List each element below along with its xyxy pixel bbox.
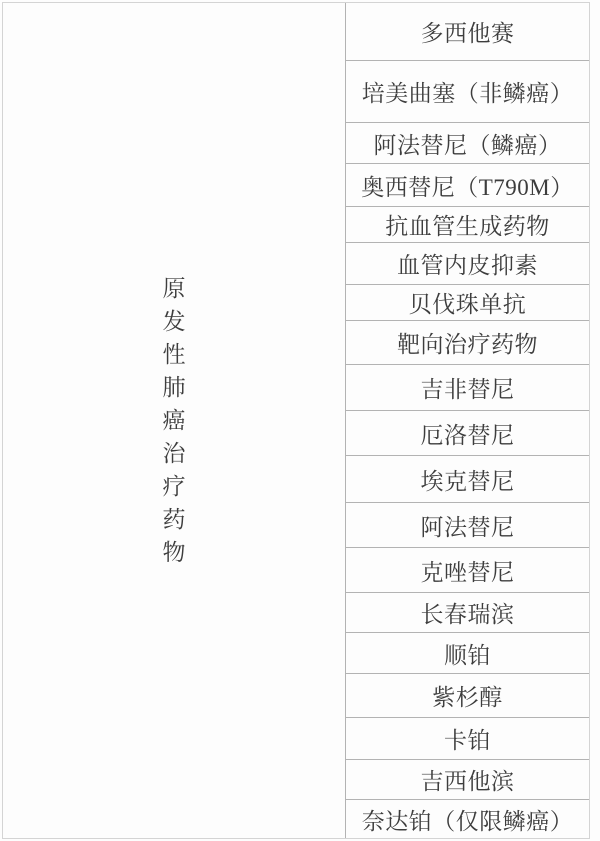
- drug-name: 阿法替尼: [421, 509, 515, 542]
- drug-name: 阿法替尼（鳞癌）: [374, 127, 562, 160]
- table-row: 顺铂: [346, 633, 589, 674]
- table-row: 培美曲塞（非鳞癌）: [346, 61, 589, 123]
- drug-name: 顺铂: [444, 637, 491, 670]
- drug-name: 培美曲塞（非鳞癌）: [362, 75, 574, 108]
- drug-table: 原发性肺癌治疗药物 多西他赛 培美曲塞（非鳞癌） 阿法替尼（鳞癌） 奥西替尼（T…: [2, 2, 590, 839]
- drug-name: 紫杉醇: [432, 679, 503, 712]
- drug-name: 奥西替尼（T790M）: [361, 169, 574, 202]
- drug-name: 奈达铂（仅限鳞癌）: [362, 803, 574, 836]
- table-row: 厄洛替尼: [346, 411, 589, 456]
- drug-name: 埃克替尼: [421, 463, 515, 496]
- table-row: 阿法替尼（鳞癌）: [346, 123, 589, 164]
- table-row: 埃克替尼: [346, 456, 589, 503]
- drug-name: 吉西他滨: [421, 763, 515, 796]
- drug-name: 血管内皮抑素: [397, 247, 538, 280]
- table-row: 吉西他滨: [346, 760, 589, 800]
- drug-name: 克唑替尼: [421, 554, 515, 587]
- drug-name: 吉非替尼: [421, 371, 515, 404]
- drug-name: 贝伐珠单抗: [409, 286, 527, 319]
- row-group-header-vertical-text: 原发性肺癌治疗药物: [160, 272, 188, 569]
- table-row: 奥西替尼（T790M）: [346, 164, 589, 207]
- table-row: 贝伐珠单抗: [346, 285, 589, 321]
- table-row: 紫杉醇: [346, 674, 589, 718]
- drug-name: 抗血管生成药物: [385, 208, 550, 241]
- table-row: 克唑替尼: [346, 548, 589, 593]
- table-row: 卡铂: [346, 718, 589, 760]
- table-row: 靶向治疗药物: [346, 321, 589, 365]
- drug-name: 靶向治疗药物: [397, 326, 538, 359]
- drug-rows-column: 多西他赛 培美曲塞（非鳞癌） 阿法替尼（鳞癌） 奥西替尼（T790M） 抗血管生…: [346, 3, 589, 838]
- table-row: 奈达铂（仅限鳞癌）: [346, 800, 589, 838]
- table-image: 原发性肺癌治疗药物 多西他赛 培美曲塞（非鳞癌） 阿法替尼（鳞癌） 奥西替尼（T…: [0, 0, 600, 841]
- drug-name: 长春瑞滨: [421, 596, 515, 629]
- table-row: 血管内皮抑素: [346, 243, 589, 285]
- table-row: 抗血管生成药物: [346, 207, 589, 243]
- table-row: 吉非替尼: [346, 365, 589, 411]
- drug-name: 卡铂: [444, 722, 491, 755]
- drug-name: 多西他赛: [421, 15, 515, 48]
- table-row: 多西他赛: [346, 3, 589, 61]
- drug-name: 厄洛替尼: [421, 417, 515, 450]
- table-row-group-header-cell: 原发性肺癌治疗药物: [3, 3, 346, 838]
- table-row: 阿法替尼: [346, 503, 589, 548]
- table-row: 长春瑞滨: [346, 593, 589, 633]
